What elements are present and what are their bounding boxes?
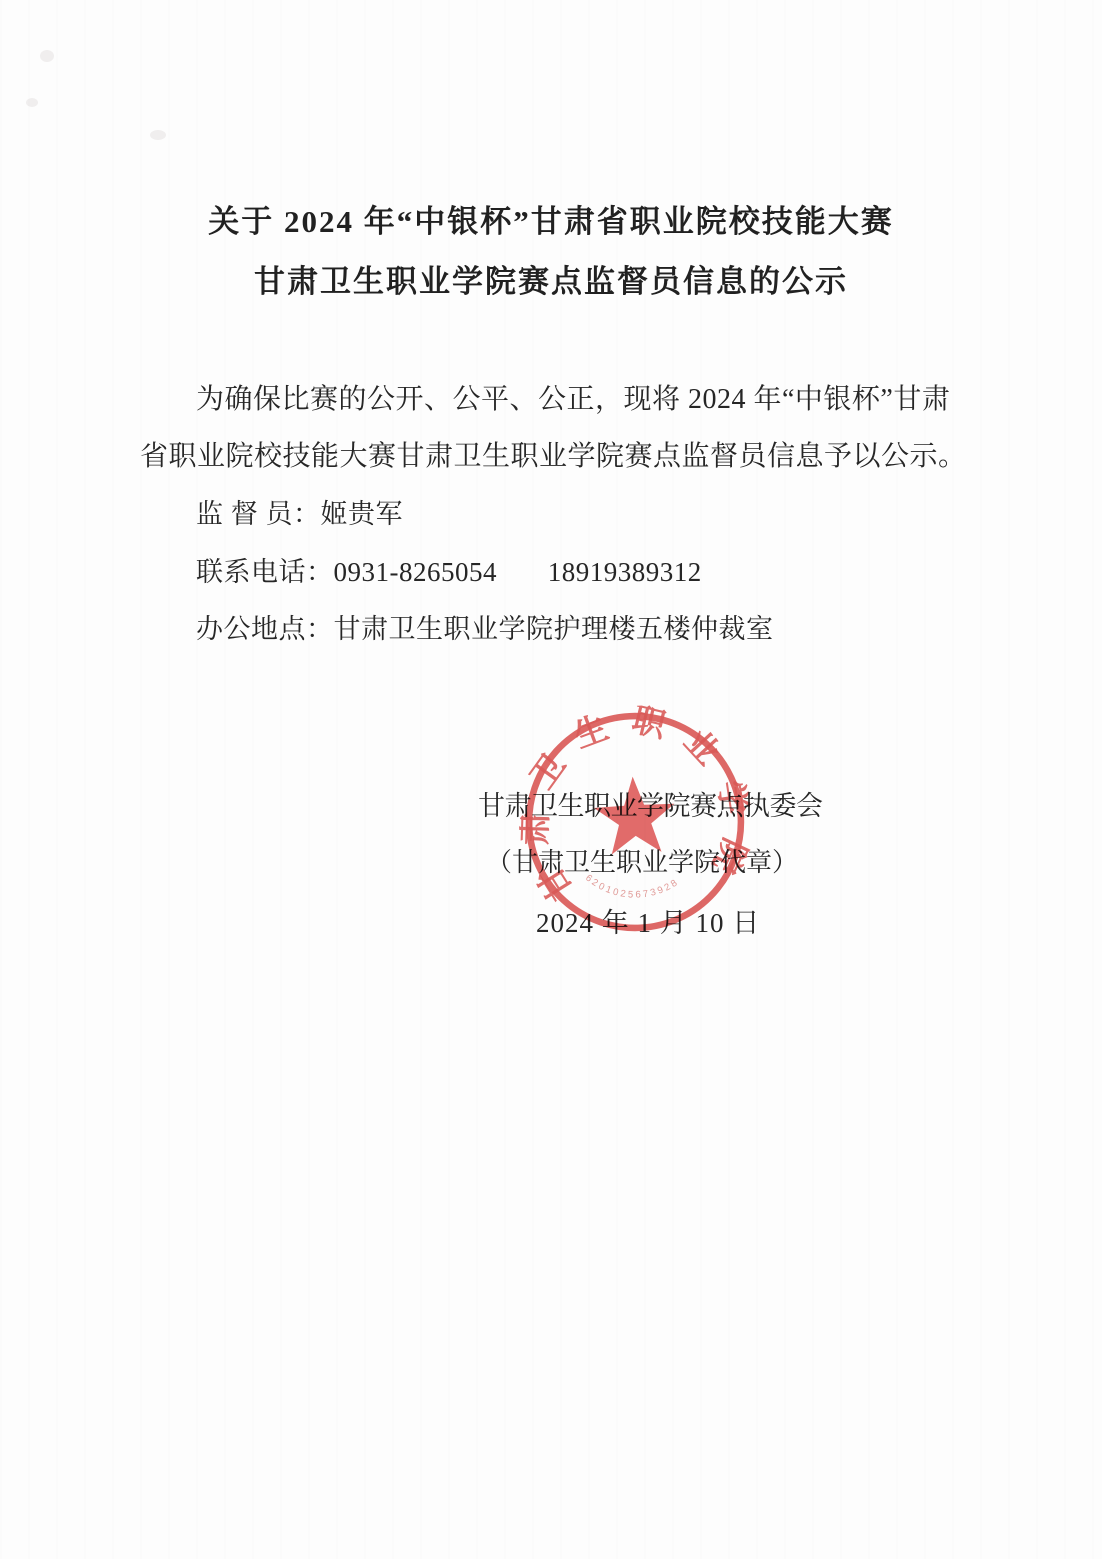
document-title-line-1: 关于 2024 年“中银杯”甘肃省职业院校技能大赛 <box>0 196 1102 241</box>
phone-label: 联系电话： <box>196 557 334 587</box>
scan-speck <box>26 98 38 107</box>
signature-date: 2024 年 1 月 10 日 <box>536 901 760 940</box>
supervisor-name: 姬贵军 <box>321 499 404 529</box>
signature-committee: 甘肃卫生职业学院赛点执委会 <box>478 784 823 823</box>
office-line: 办公地点：甘肃卫生职业学院护理楼五楼仲裁室 <box>196 607 774 646</box>
office-label: 办公地点： <box>196 614 334 644</box>
phone-numbers: 0931-8265054 18919389312 <box>334 557 702 587</box>
document-title-line-2: 甘肃卫生职业学院赛点监督员信息的公示 <box>0 256 1102 301</box>
office-location: 甘肃卫生职业学院护理楼五楼仲裁室 <box>334 614 774 644</box>
supervisor-line: 监 督 员：姬贵军 <box>196 492 403 531</box>
scan-speck <box>150 130 166 140</box>
document-page: 关于 2024 年“中银杯”甘肃省职业院校技能大赛 甘肃卫生职业学院赛点监督员信… <box>0 0 1102 1559</box>
phone-line: 联系电话：0931-8265054 18919389312 <box>196 550 702 589</box>
body-paragraph-line-1: 为确保比赛的公开、公平、公正，现将 2024 年“中银杯”甘肃 <box>196 377 950 417</box>
signature-seal-note: （甘肃卫生职业学院代章） <box>486 842 798 879</box>
supervisor-label: 监 督 员： <box>196 499 321 529</box>
body-paragraph-line-2: 省职业院校技能大赛甘肃卫生职业学院赛点监督员信息予以公示。 <box>140 434 967 474</box>
scan-speck <box>40 50 54 62</box>
